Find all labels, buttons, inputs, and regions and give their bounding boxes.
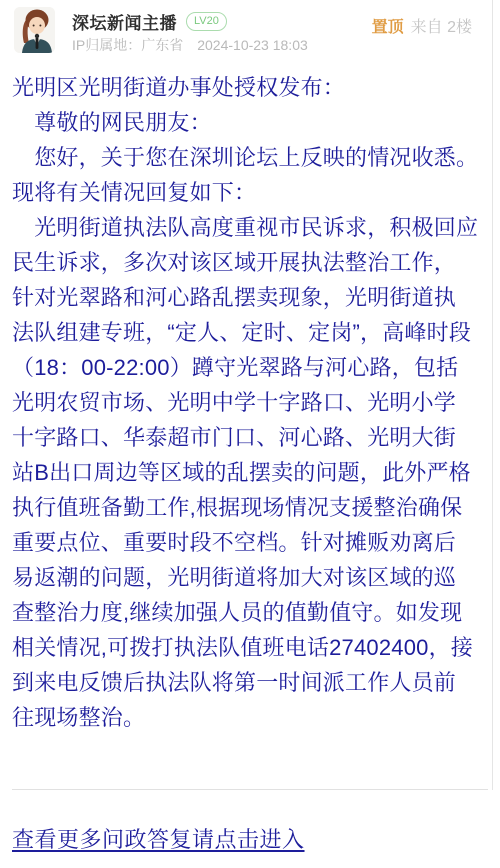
- post-text-line: 执行值班备勤工作,根据现场情况支援整治确保: [12, 490, 494, 525]
- post-text-line: 站B出口周边等区域的乱摆卖的问题，此外严格: [12, 455, 494, 490]
- ip-location-label: IP归属地：广东省: [72, 37, 183, 53]
- page-edge-divider: [492, 0, 493, 790]
- post-text-line: 光明区光明街道办事处授权发布：: [12, 70, 494, 105]
- post-timestamp: 2024-10-23 18:03: [197, 37, 308, 53]
- post-text-line: 十字路口、华泰超市门口、河心路、光明大街: [12, 420, 494, 455]
- post-text-line: 光明农贸市场、光明中学十字路口、光明小学: [12, 385, 494, 420]
- post-text-line: 针对光翠路和河心路乱摆卖现象，光明街道执: [12, 280, 494, 315]
- floor-label: 来自 2楼: [411, 19, 472, 36]
- post-text-line: 重要点位、重要时段不空档。针对摊贩劝离后: [12, 525, 494, 560]
- post-text-line: 尊敬的网民朋友：: [12, 105, 494, 140]
- post-text-line: 到来电反馈后执法队将第一时间派工作人员前: [12, 665, 494, 700]
- post-text-line: 易返潮的问题，光明街道将加大对该区域的巡: [12, 560, 494, 595]
- pinned-badge: 置顶: [372, 19, 404, 36]
- post-body: 光明区光明街道办事处授权发布： 尊敬的网民朋友： 您好，关于您在深圳论坛上反映的…: [12, 70, 494, 735]
- news-anchor-avatar-icon: [14, 7, 55, 53]
- post-meta-row: IP归属地：广东省2024-10-23 18:03: [72, 35, 308, 55]
- post-text-line: 民生诉求，多次对该区域开展执法整治工作，: [12, 245, 494, 280]
- post-text-line: 现将有关情况回复如下：: [12, 175, 494, 210]
- post-text-line: 您好，关于您在深圳论坛上反映的情况收悉。: [12, 140, 494, 175]
- post-text-line: 查整治力度,继续加强人员的值勤值守。如发现: [12, 595, 494, 630]
- post-text-line: 光明街道执法队高度重视市民诉求，积极回应: [12, 210, 494, 245]
- username[interactable]: 深坛新闻主播: [72, 9, 177, 34]
- user-avatar[interactable]: [14, 7, 55, 53]
- footer-divider: [12, 789, 488, 790]
- level-badge: LV20: [186, 12, 227, 31]
- post-header: 深坛新闻主播 LV20 IP归属地：广东省2024-10-23 18:03 置顶…: [14, 6, 472, 60]
- post-text-line: 往现场整治。: [12, 700, 494, 735]
- post-text-line: 法队组建专班，“定人、定时、定岗”，高峰时段: [12, 315, 494, 350]
- post-text-line: （18：00-22:00）蹲守光翠路与河心路，包括: [12, 350, 494, 385]
- more-replies-link[interactable]: 查看更多问政答复请点击进入: [12, 823, 305, 854]
- post-text-line: 相关情况,可拨打执法队值班电话27402400，接: [12, 630, 494, 665]
